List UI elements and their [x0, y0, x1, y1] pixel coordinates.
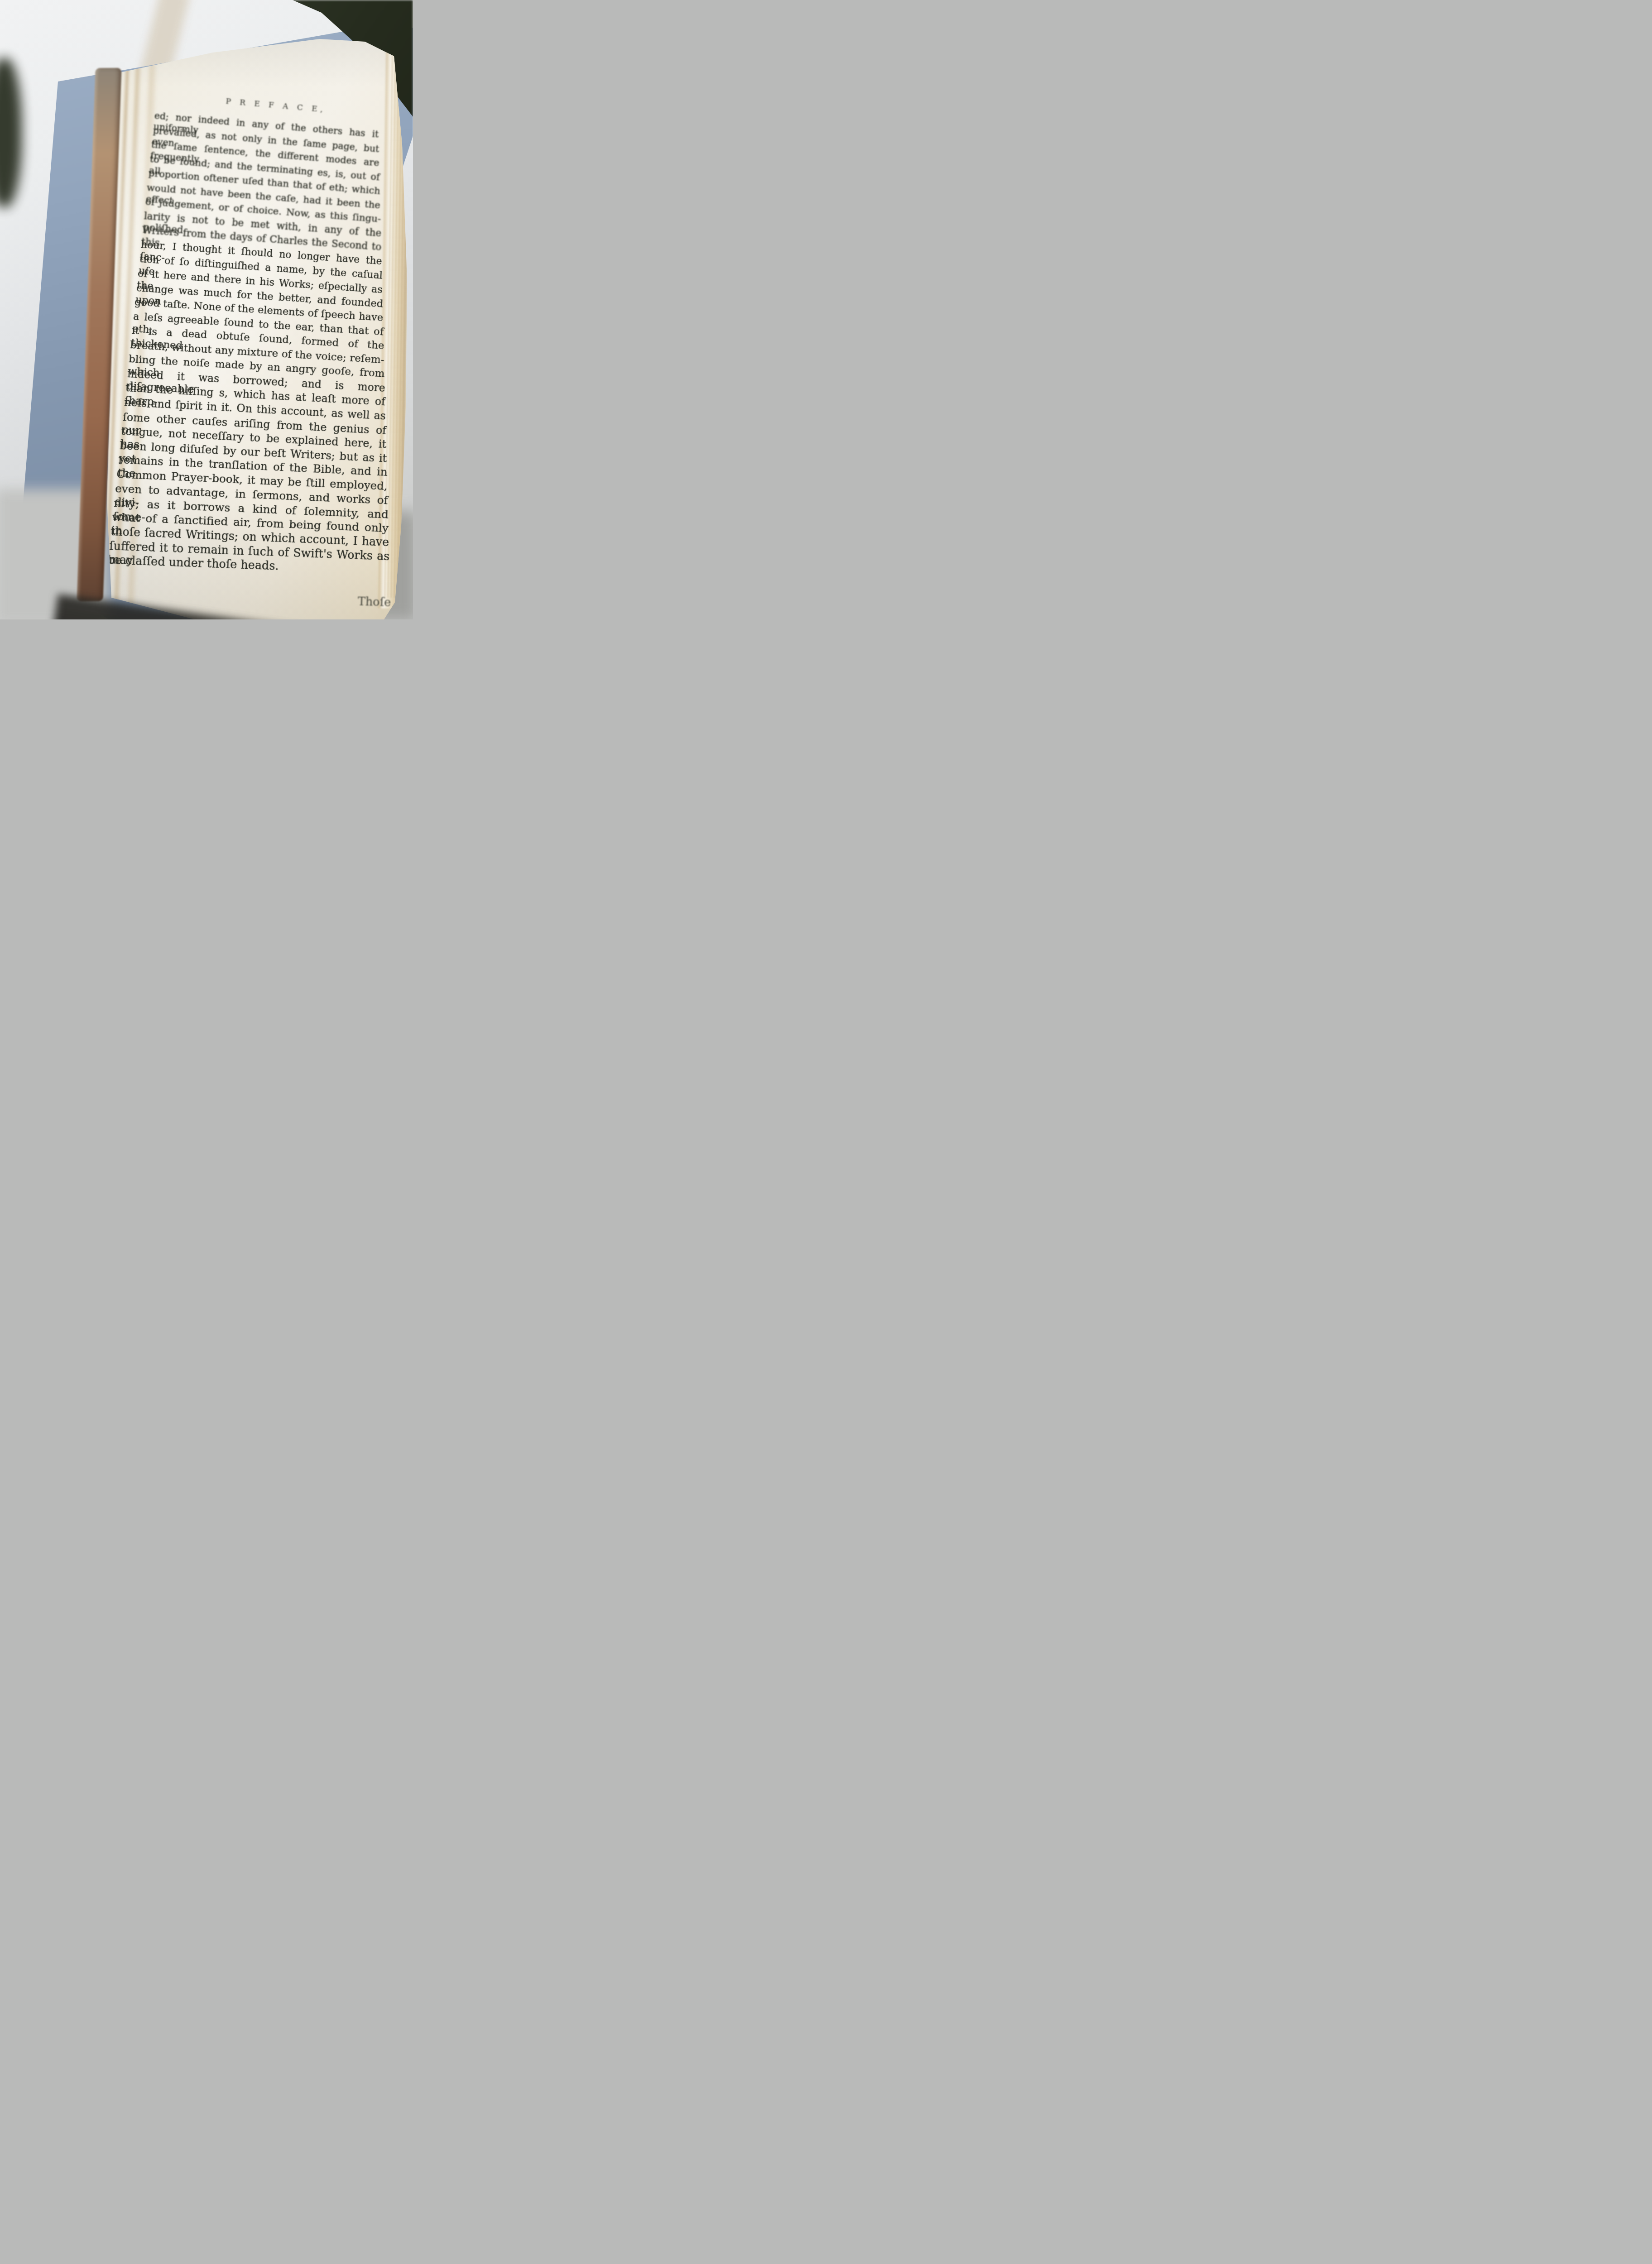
page-text: P R E F A C E, ed; nor indeed in any of …: [155, 91, 413, 619]
body-lines: ed; nor indeed in any of the others has …: [155, 91, 413, 589]
photo-of-open-book: P R E F A C E, ed; nor indeed in any of …: [0, 0, 413, 619]
dark-book-left-edge: [0, 58, 22, 207]
